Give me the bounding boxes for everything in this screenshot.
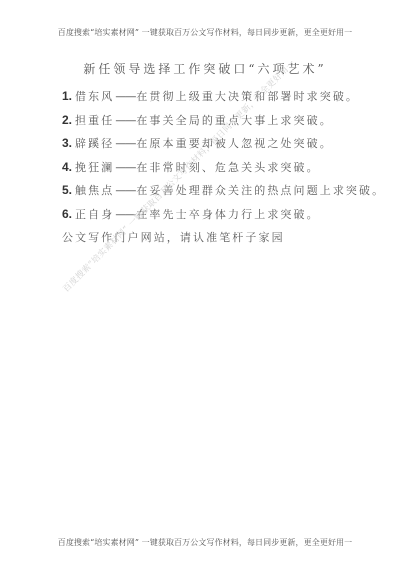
list-item: 5.触焦点——在妥善处理群众关注的热点问题上求突破。 (62, 182, 385, 206)
item-dash: —— (115, 137, 135, 150)
item-keyword: 触焦点 (75, 184, 114, 197)
item-keyword: 正自身 (75, 208, 114, 221)
item-dash: —— (115, 184, 135, 197)
item-description: 在妥善处理群众关注的热点问题上求突破。 (136, 184, 385, 197)
page-footer: 百度搜索“培实素材网” 一键获取百万公文写作材料，每日同步更新，更全更好用一 (0, 537, 410, 548)
list-item: 4.挽狂澜——在非常时刻、危急关头求突破。 (62, 159, 385, 183)
item-number: 4. (62, 160, 72, 174)
list-item: 1.借东风——在贯彻上级重大决策和部署时求突破。 (62, 88, 385, 112)
item-keyword: 借东风 (75, 90, 114, 103)
list-item: 2.担重任——在事关全局的重点大事上求突破。 (62, 112, 385, 136)
item-keyword: 担重任 (75, 114, 114, 127)
item-dash: —— (115, 161, 135, 174)
item-dash: —— (115, 208, 135, 221)
item-description: 在率先士卒身体力行上求突破。 (136, 208, 319, 221)
item-description: 在非常时刻、危急关头求突破。 (136, 161, 319, 174)
item-description: 在贯彻上级重大决策和部署时求突破。 (136, 90, 359, 103)
document-title: 新任领导选择工作突破口“六项艺术” (0, 60, 410, 77)
item-keyword: 辟蹊径 (75, 137, 114, 150)
list-item: 3.辟蹊径——在原本重要却被人忽视之处突破。 (62, 135, 385, 159)
item-number: 1. (62, 89, 72, 103)
item-number: 5. (62, 183, 72, 197)
item-description: 在原本重要却被人忽视之处突破。 (136, 137, 333, 150)
item-number: 6. (62, 207, 72, 221)
item-dash: —— (115, 114, 135, 127)
item-number: 2. (62, 113, 72, 127)
closing-line: 公文写作门户网站，请认准笔杆子家园 (62, 229, 285, 245)
art-list: 1.借东风——在贯彻上级重大决策和部署时求突破。 2.担重任——在事关全局的重点… (62, 88, 385, 229)
item-number: 3. (62, 136, 72, 150)
list-item: 6.正自身——在率先士卒身体力行上求突破。 (62, 206, 385, 230)
item-dash: —— (115, 90, 135, 103)
item-keyword: 挽狂澜 (75, 161, 114, 174)
page-header: 百度搜索“培实素材网” 一键获取百万公文写作材料，每日同步更新，更全更好用一 (0, 27, 410, 38)
item-description: 在事关全局的重点大事上求突破。 (136, 114, 333, 127)
